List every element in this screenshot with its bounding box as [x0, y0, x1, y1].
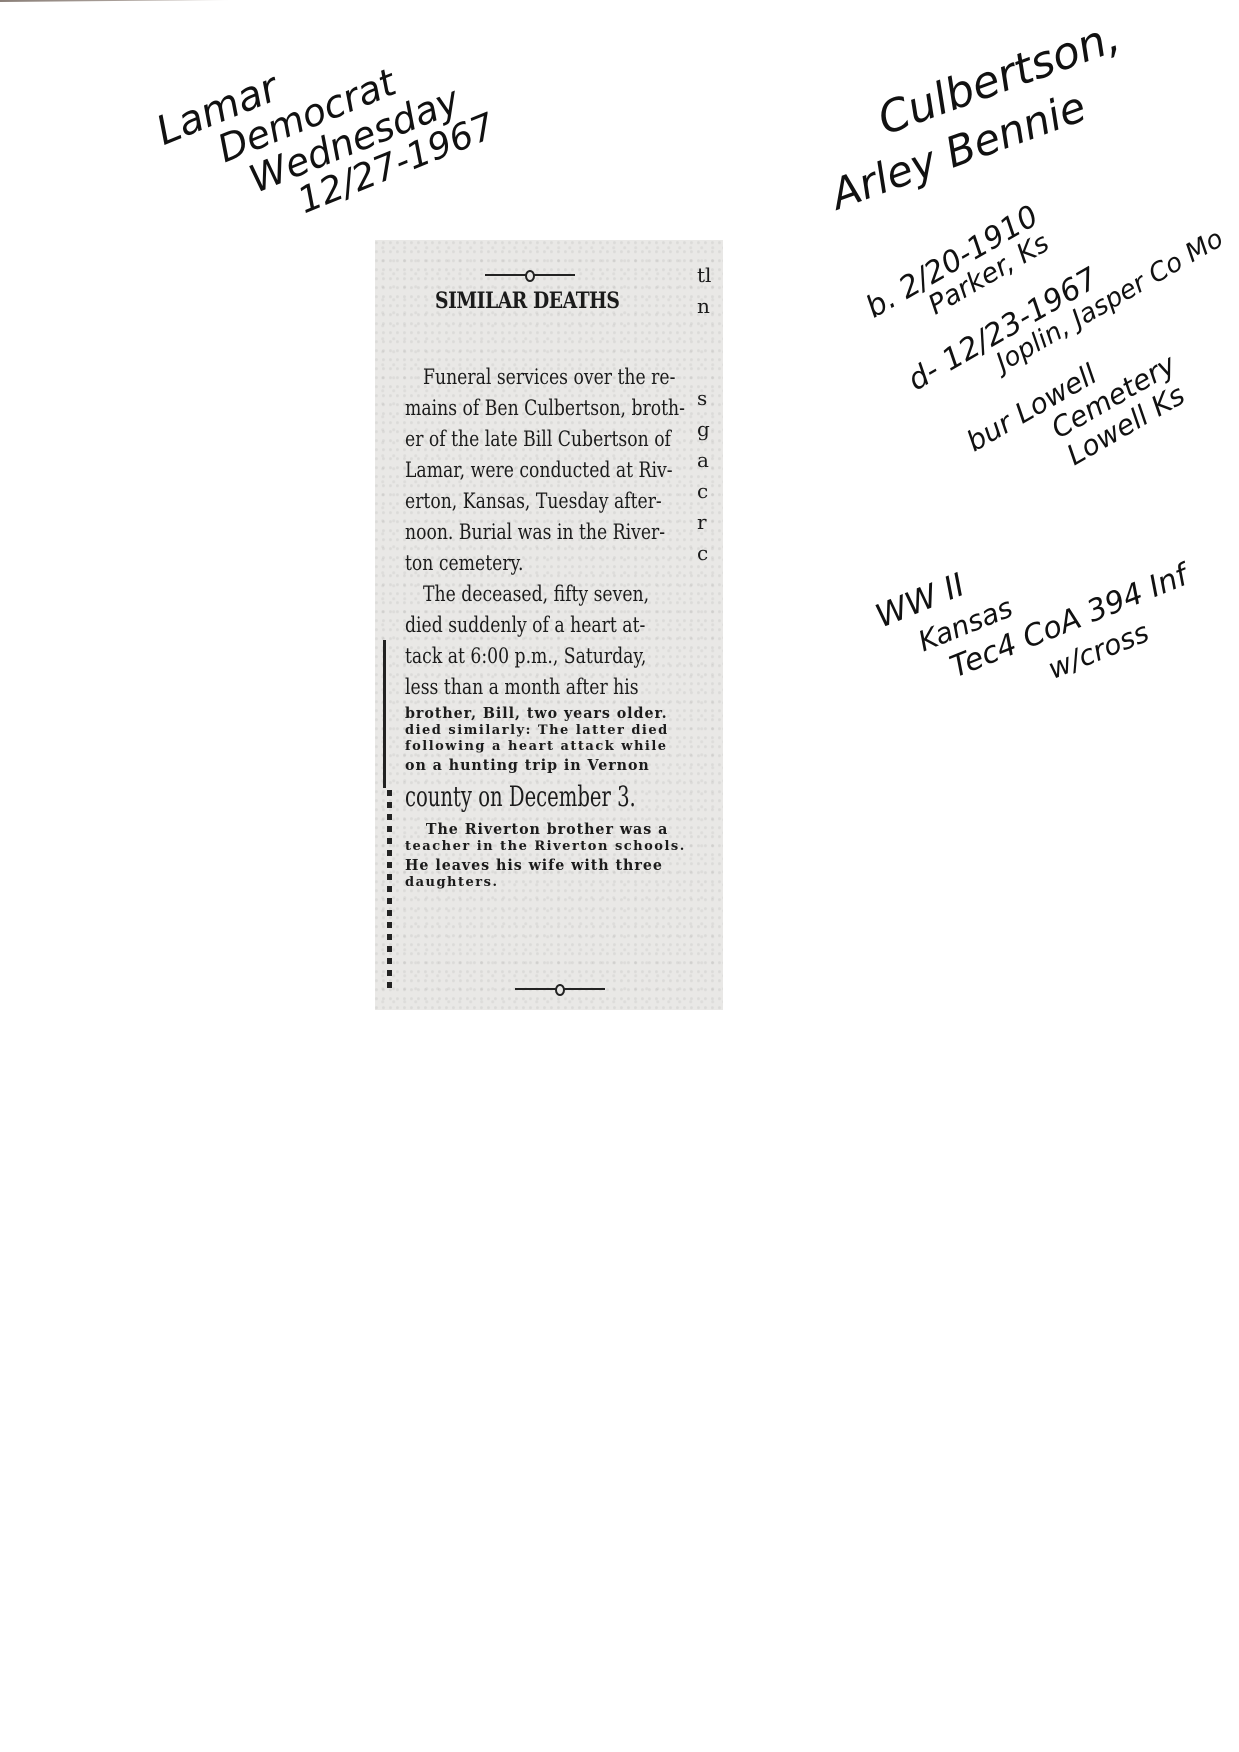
clipping-body: Funeral services over the re-mains of Be… — [405, 362, 705, 891]
clipping-line: tack at 6:00 p.m., Saturday, — [405, 641, 651, 672]
clipping-line: Funeral services over the re- — [405, 362, 651, 393]
adjacent-column-letter: c — [697, 476, 723, 507]
clipping-line: daughters. — [405, 875, 705, 891]
newspaper-clipping: SIMILAR DEATHS Funeral services over the… — [375, 240, 723, 1010]
column-margin-rule — [383, 640, 386, 788]
clipping-line: Lamar, were conducted at Riv- — [405, 455, 651, 486]
clipping-line: noon. Burial was in the River- — [405, 517, 651, 548]
adjacent-column-letter: r — [697, 507, 723, 538]
clipping-line: The deceased, fifty seven, — [405, 579, 651, 610]
end-ornament-rule — [515, 988, 605, 990]
column-margin-dots — [387, 790, 392, 990]
adjacent-column-fragment: tln sgacrc — [697, 260, 723, 569]
clipping-line: died similarly: The latter died — [405, 723, 705, 739]
clipping-headline: SIMILAR DEATHS — [435, 288, 680, 314]
clipping-line: on a hunting trip in Vernon — [405, 755, 690, 775]
handwritten-source-note: Lamar Democrat Wednesday 12/27-1967 — [150, 0, 501, 261]
adjacent-column-letter — [697, 352, 723, 383]
headline-ornament-rule — [485, 274, 575, 276]
scan-edge-line — [0, 0, 260, 2]
clipping-line: He leaves his wife with three — [405, 855, 690, 875]
clipping-line: brother, Bill, two years older. — [405, 703, 690, 723]
clipping-line: The Riverton brother was a — [405, 819, 690, 839]
clipping-line: erton, Kansas, Tuesday after- — [405, 486, 651, 517]
clipping-line: mains of Ben Culbertson, broth- — [405, 393, 651, 424]
handwritten-military-note: WW II Kansas Tec4 CoA 394 Inf w/cross — [870, 487, 1207, 739]
clipping-line: ton cemetery. — [405, 548, 651, 579]
adjacent-column-letter: g — [697, 414, 723, 445]
adjacent-column-letter: a — [697, 445, 723, 476]
adjacent-column-letter: c — [697, 538, 723, 569]
clipping-line: teacher in the Riverton schools. — [405, 839, 705, 855]
adjacent-column-letter: n — [697, 291, 723, 322]
clipping-line: er of the late Bill Cubertson of — [405, 424, 651, 455]
adjacent-column-letter: s — [697, 383, 723, 414]
clipping-line: less than a month after his — [405, 672, 651, 703]
clipping-line: died suddenly of a heart at- — [405, 610, 651, 641]
adjacent-column-letter: tl — [697, 260, 723, 291]
clipping-line: county on December 3. — [405, 775, 615, 819]
clipping-line: following a heart attack while — [405, 739, 705, 755]
